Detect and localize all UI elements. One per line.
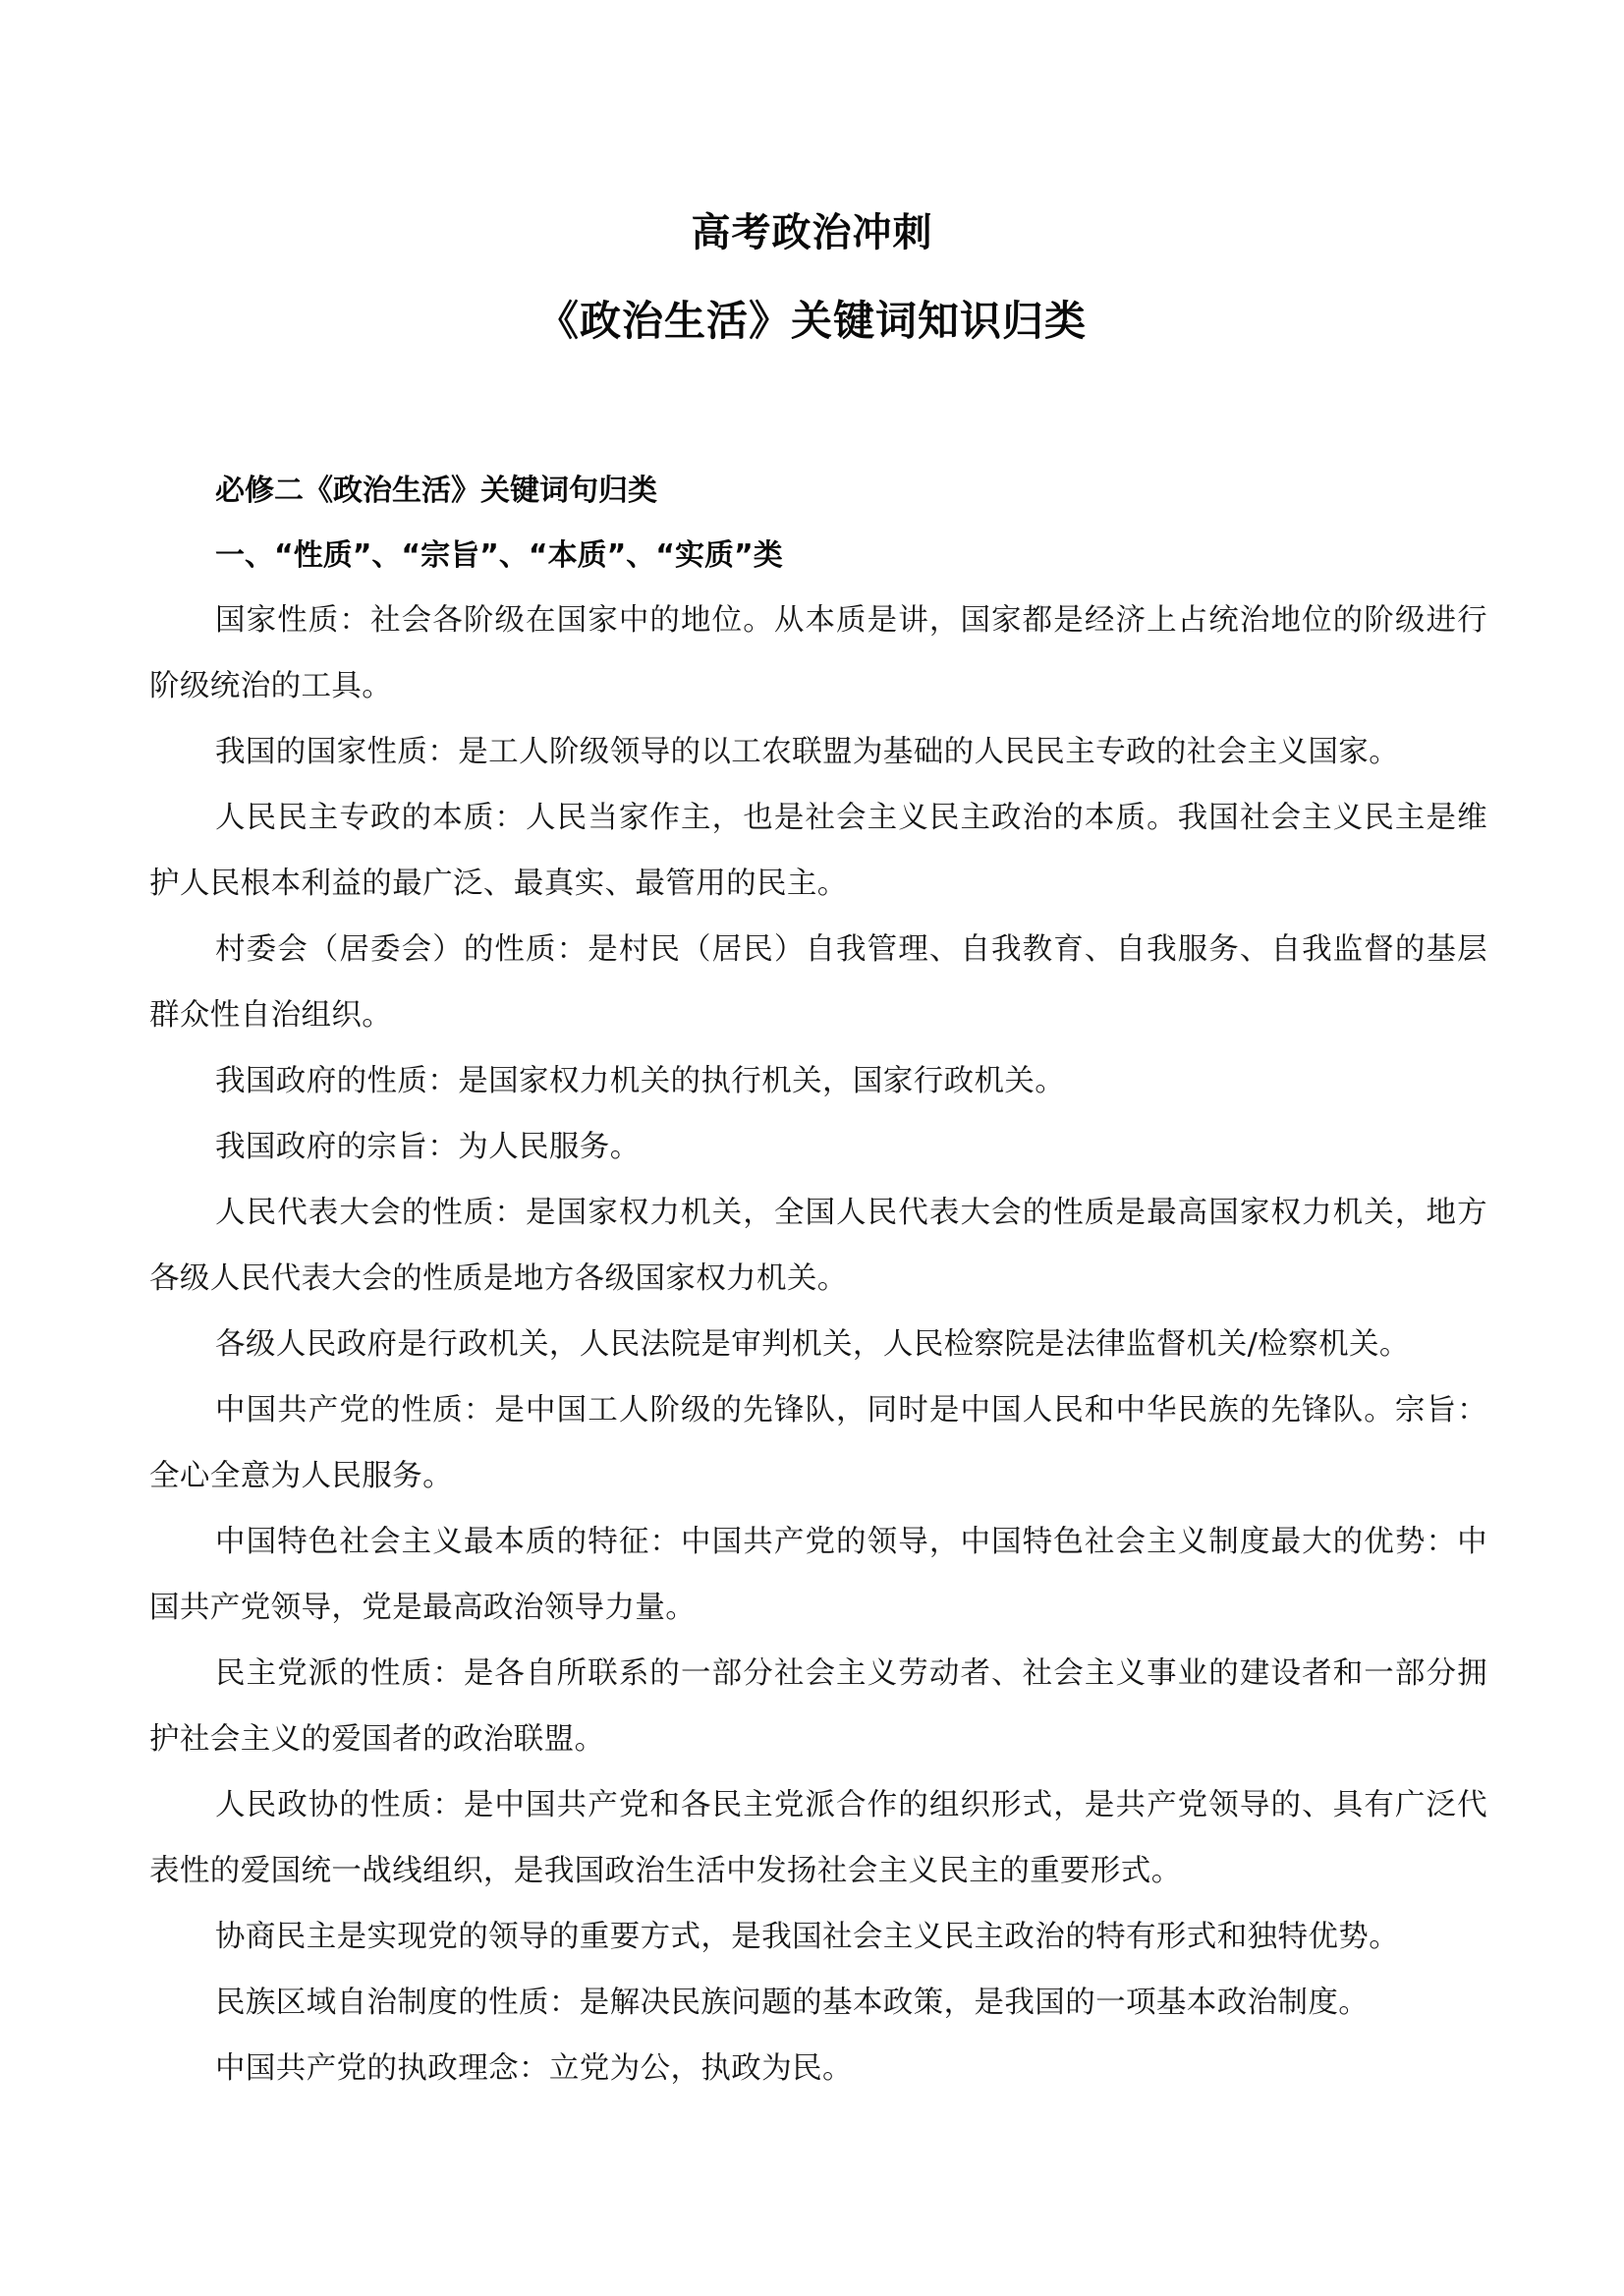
paragraph-cpc-nature: 中国共产党的性质：是中国工人阶级的先锋队，同时是中国人民和中华民族的先锋队。宗旨… xyxy=(149,1377,1487,1509)
paragraph-government-nature: 我国政府的性质：是国家权力机关的执行机关，国家行政机关。 xyxy=(149,1048,1487,1114)
document-body: 必修二《政治生活》关键词句归类 一、“性质”、“宗旨”、“本质”、“实质”类 国… xyxy=(149,462,1487,2101)
paragraph-consultative-democracy: 协商民主是实现党的领导的重要方式，是我国社会主义民主政治的特有形式和独特优势。 xyxy=(149,1904,1487,1970)
paragraph-cppcc: 人民政协的性质：是中国共产党和各民主党派合作的组织形式，是共产党领导的、具有广泛… xyxy=(149,1772,1487,1904)
paragraph-village-committee: 村委会（居委会）的性质：是村民（居民）自我管理、自我教育、自我服务、自我监督的基… xyxy=(149,917,1487,1048)
section-heading: 一、“性质”、“宗旨”、“本质”、“实质”类 xyxy=(149,536,1487,576)
document-title: 高考政治冲刺 xyxy=(0,208,1624,257)
book-heading: 必修二《政治生活》关键词句归类 xyxy=(149,472,1487,511)
paragraph-list: 国家性质：社会各阶级在国家中的地位。从本质是讲，国家都是经济上占统治地位的阶级进… xyxy=(149,588,1487,2101)
paragraph-socialism-feature: 中国特色社会主义最本质的特征：中国共产党的领导，中国特色社会主义制度最大的优势：… xyxy=(149,1509,1487,1641)
paragraph-government-purpose: 我国政府的宗旨：为人民服务。 xyxy=(149,1114,1487,1180)
document-page: 高考政治冲刺 《政治生活》关键词知识归类 必修二《政治生活》关键词句归类 一、“… xyxy=(0,0,1624,2296)
paragraph-regional-autonomy: 民族区域自治制度的性质：是解决民族问题的基本政策，是我国的一项基本政治制度。 xyxy=(149,1970,1487,2036)
paragraph-democratic-parties: 民主党派的性质：是各自所联系的一部分社会主义劳动者、社会主义事业的建设者和一部分… xyxy=(149,1641,1487,1772)
paragraph-peoples-democratic-dictatorship: 人民民主专政的本质：人民当家作主，也是社会主义民主政治的本质。我国社会主义民主是… xyxy=(149,785,1487,917)
paragraph-state-organs: 各级人民政府是行政机关，人民法院是审判机关，人民检察院是法律监督机关/检察机关。 xyxy=(149,1312,1487,1377)
document-subtitle: 《政治生活》关键词知识归类 xyxy=(0,295,1624,348)
paragraph-cpc-governing-philosophy: 中国共产党的执政理念：立党为公，执政为民。 xyxy=(149,2036,1487,2101)
paragraph-peoples-congress: 人民代表大会的性质：是国家权力机关，全国人民代表大会的性质是最高国家权力机关，地… xyxy=(149,1180,1487,1312)
paragraph-state-nature: 国家性质：社会各阶级在国家中的地位。从本质是讲，国家都是经济上占统治地位的阶级进… xyxy=(149,588,1487,719)
paragraph-our-state-nature: 我国的国家性质：是工人阶级领导的以工农联盟为基础的人民民主专政的社会主义国家。 xyxy=(149,719,1487,785)
